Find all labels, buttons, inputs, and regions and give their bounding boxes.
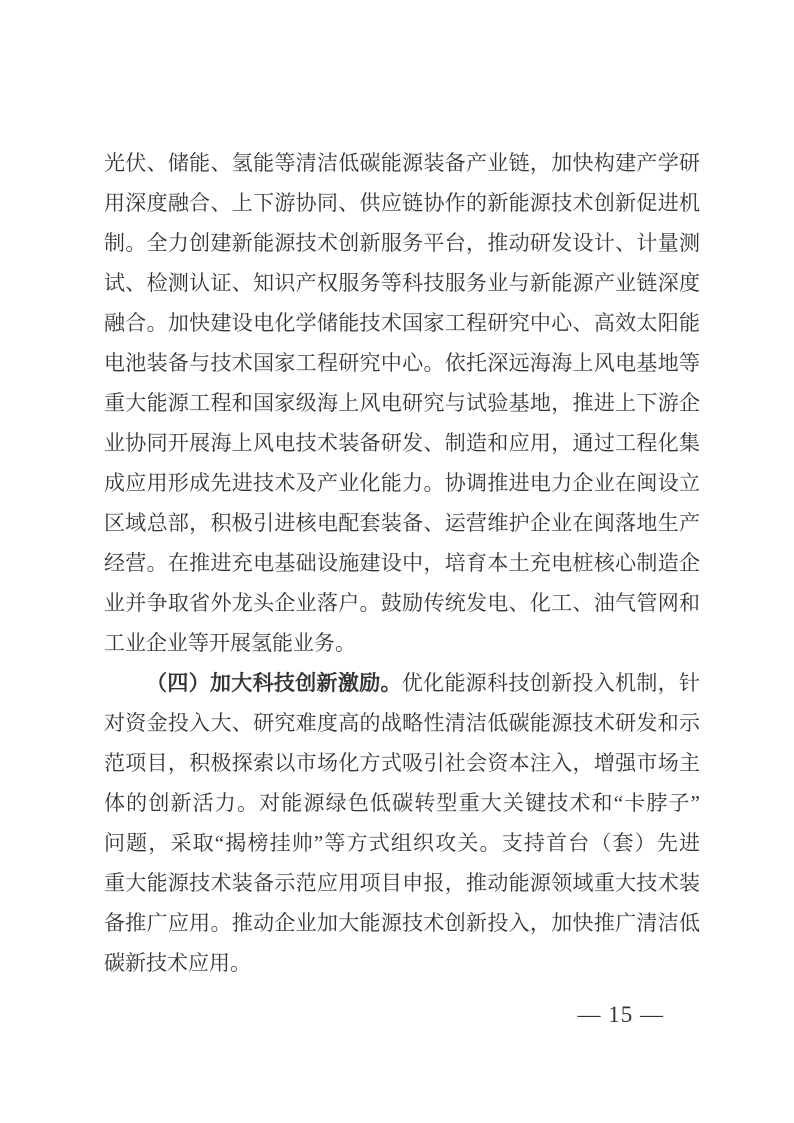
text-line: 重大能源技术装备示范应用项目申报，推动能源领域重大技术装 [104,863,700,903]
text-line: 业协同开展海上风电技术装备研发、制造和应用，通过工程化集 [104,423,700,463]
text-line: 区域总部，积极引进核电配套装备、运营维护企业在闽落地生产 [104,503,700,543]
text-line: 光伏、储能、氢能等清洁低碳能源装备产业链，加快构建产学研 [104,143,700,183]
text-line: 试、检测认证、知识产权服务等科技服务业与新能源产业链深度 [104,263,700,303]
text-line-paragraph-end: 碳新技术应用。 [104,943,700,983]
document-text-block: 光伏、储能、氢能等清洁低碳能源装备产业链，加快构建产学研 用深度融合、上下游协同… [104,143,700,983]
text-line: 体的创新活力。对能源绿色低碳转型重大关键技术和“卡脖子” [104,783,700,823]
text-line: 成应用形成先进技术及产业化能力。协调推进电力企业在闽设立 [104,463,700,503]
document-page: 光伏、储能、氢能等清洁低碳能源装备产业链，加快构建产学研 用深度融合、上下游协同… [0,0,794,1123]
text-line: 电池装备与技术国家工程研究中心。依托深远海海上风电基地等 [104,343,700,383]
section-lead-text: 优化能源科技创新投入机制，针 [402,671,700,695]
page-number: — 15 — [578,1002,665,1027]
text-line: 重大能源工程和国家级海上风电研究与试验基地，推进上下游企 [104,383,700,423]
text-line: 备推广应用。推动企业加大能源技术创新投入，加快推广清洁低 [104,903,700,943]
text-line-paragraph-end: 工业企业等开展氢能业务。 [104,623,700,663]
section-heading: （四）加大科技创新激励。 [146,671,402,695]
text-line: 融合。加快建设电化学储能技术国家工程研究中心、高效太阳能 [104,303,700,343]
text-line: 问题，采取“揭榜挂帅”等方式组织攻关。支持首台（套）先进 [104,823,700,863]
text-line: 用深度融合、上下游协同、供应链协作的新能源技术创新促进机 [104,183,700,223]
page-footer: — 15 — [578,998,665,1032]
text-line: 业并争取省外龙头企业落户。鼓励传统发电、化工、油气管网和 [104,583,700,623]
text-line: 对资金投入大、研究难度高的战略性清洁低碳能源技术研发和示 [104,703,700,743]
text-line: 经营。在推进充电基础设施建设中，培育本土充电桩核心制造企 [104,543,700,583]
text-line: 制。全力创建新能源技术创新服务平台，推动研发设计、计量测 [104,223,700,263]
text-line: 范项目，积极探索以市场化方式吸引社会资本注入，增强市场主 [104,743,700,783]
section-heading-line: （四）加大科技创新激励。优化能源科技创新投入机制，针 [104,663,700,703]
